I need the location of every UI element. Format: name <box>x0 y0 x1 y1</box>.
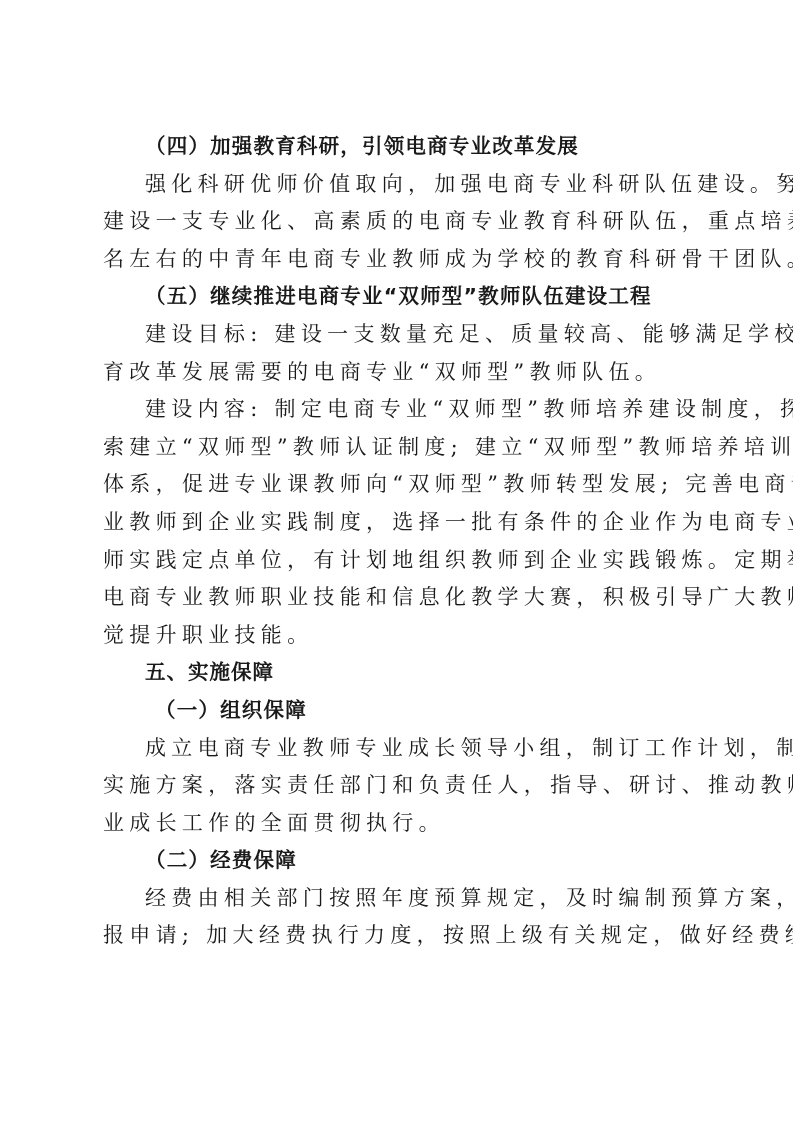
chapter-heading: 五、实施保障 <box>103 654 693 692</box>
paragraph-line: 经费由相关部门按照年度预算规定，及时编制预算方案，上 <box>103 880 693 918</box>
paragraph-line: 索建立“双师型”教师认证制度; 建立“双师型”教师培养培训 <box>103 429 693 467</box>
paragraph-line: 强化科研优师价值取向，加强电商专业科研队伍建设。努力 <box>103 166 693 204</box>
paragraph-line: 名左右的中青年电商专业教师成为学校的教育科研骨干团队。 <box>103 241 693 279</box>
document-page: （四）加强教育科研，引领电商专业改革发展 强化科研优师价值取向，加强电商专业科研… <box>103 128 693 955</box>
paragraph-line: 建设内容: 制定电商专业“双师型”教师培养建设制度，探 <box>103 391 693 429</box>
paragraph-line: 电商专业教师职业技能和信息化教学大赛，积极引导广大教师自 <box>103 579 693 617</box>
section-heading-2: （二）经费保障 <box>103 842 693 880</box>
paragraph-line: 业成长工作的全面贯彻执行。 <box>103 805 693 843</box>
paragraph-line: 觉提升职业技能。 <box>103 617 693 655</box>
paragraph-line: 报申请; 加大经费执行力度，按照上级有关规定，做好经费绩效 <box>103 917 693 955</box>
paragraph-line: 建设目标: 建设一支数量充足、质量较高、能够满足学校教 <box>103 316 693 354</box>
paragraph-line: 业教师到企业实践制度，选择一批有条件的企业作为电商专业教 <box>103 504 693 542</box>
section-heading-5: （五）继续推进电商专业“双师型”教师队伍建设工程 <box>103 278 693 316</box>
paragraph-line: 育改革发展需要的电商专业“双师型”教师队伍。 <box>103 354 693 392</box>
paragraph-line: 体系，促进专业课教师向“双师型”教师转型发展; 完善电商专 <box>103 466 693 504</box>
paragraph-line: 成立电商专业教师专业成长领导小组，制订工作计划，制定 <box>103 730 693 768</box>
paragraph-line: 师实践定点单位，有计划地组织教师到企业实践锻炼。定期举办 <box>103 542 693 580</box>
paragraph-line: 实施方案，落实责任部门和负责任人，指导、研讨、推动教师专 <box>103 767 693 805</box>
section-heading-4: （四）加强教育科研，引领电商专业改革发展 <box>103 128 693 166</box>
paragraph-line: 建设一支专业化、高素质的电商专业教育科研队伍，重点培养3 <box>103 203 693 241</box>
section-heading-1: （一）组织保障 <box>103 692 693 730</box>
